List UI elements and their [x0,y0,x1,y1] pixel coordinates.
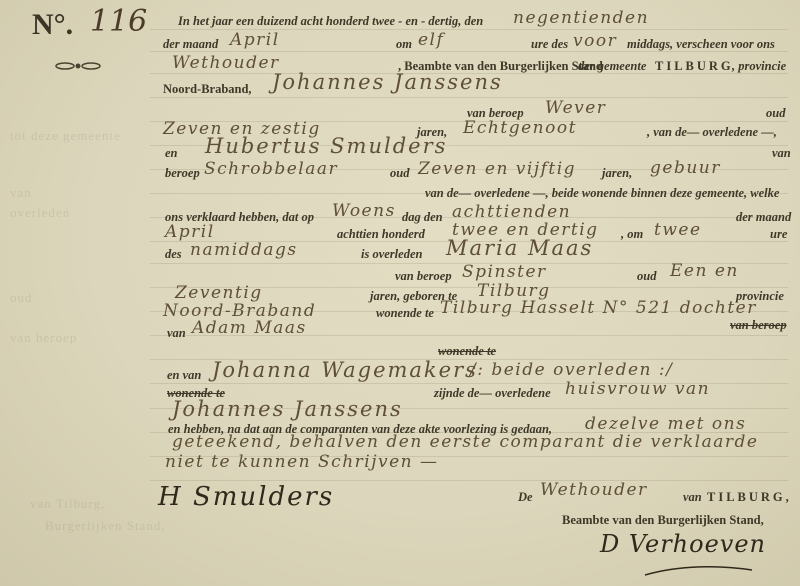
printed-text: der gemeente [578,59,646,74]
struck-printed-text: wonende te [438,344,496,359]
printed-text: oud [390,166,409,181]
hand-daypart: voor [573,31,617,51]
printed-office: Beambte van den Burgerlijken Stand, [562,513,764,528]
printed-text: is overleden [361,247,422,262]
hand-death-hour: twee [654,220,702,240]
bleed-through-text: van beroep [10,330,77,346]
printed-text: achttien honderd [337,227,425,242]
hand-deceased-name: Maria Maas [446,236,593,260]
hand-signing-clause: niet te kunnen Schrijven — [165,452,439,472]
printed-text: oud [637,269,656,284]
record-number: 116 [90,4,147,39]
hand-declarant2-name: Hubertus Smulders [205,134,447,158]
printed-text: De [518,490,533,505]
printed-text: der maand [163,37,218,52]
hand-deceased-age-cont: Zeventig [175,283,263,303]
hand-signing-clause: geteekend, behalven den eerste comparant… [172,432,758,452]
printed-text: beroep [165,166,200,181]
hand-signing-clause: dezelve met ons [585,414,746,434]
bleed-through-text: overleden [10,205,70,221]
printed-text: Noord-Braband, [163,82,252,97]
printed-text: ure [770,227,787,242]
printed-text: middags, verscheen voor ons [627,37,775,52]
hand-note-both-deceased: /: beide overleden :/ [470,360,673,380]
printed-text: dag den [402,210,443,225]
printed-text: van [683,490,702,505]
printed-text: en [165,146,178,161]
printed-text: wonende te [376,306,434,321]
printed-city: TILBURG [655,59,734,74]
printed-text: , provincie [732,59,786,74]
hand-declarant2-relation: gebuur [650,158,721,178]
printed-text: oud [766,106,785,121]
bleed-through-text: tot deze gemeente [10,128,121,144]
bleed-through-text: van [10,185,32,201]
witness-signature: H Smulders [158,482,334,512]
hand-relationship: huisvrouw van [565,379,710,399]
printed-text: van de— overledene —, beide wonende binn… [425,186,779,201]
printed-text: om [396,37,412,52]
printed-text: des [165,247,182,262]
hand-spouse-name: Johannes Janssens [172,397,403,421]
hand-deceased-occupation: Spinster [462,262,547,282]
hand-deceased-age: Een en [670,261,739,281]
printed-text: der maand [736,210,791,225]
hand-residence-address: Tilburg Hasselt N° 521 dochter [440,298,757,318]
printed-text: ure des [531,37,568,52]
hand-death-day: achttienden [452,202,571,222]
hand-hour: elf [418,30,444,50]
bleed-through-text: van Tilburg, [30,496,105,512]
document-page: tot deze gemeente van overleden oud van … [0,0,800,586]
printed-text: zijnde de— overledene [434,386,551,401]
ornament-icon [55,62,101,70]
printed-text: van beroep [395,269,452,284]
hand-father-name: Adam Maas [192,318,307,338]
record-number-label: N°. [32,8,73,42]
hand-official-title: Wethouder [172,53,280,73]
hand-mother-name: Johanna Wagemakers [212,358,478,382]
printed-text: van [167,326,186,341]
hand-day-of-registration: negentienden [513,8,649,28]
printed-text: , van de— overledene —, [647,125,777,140]
hand-official-title: Wethouder [540,480,648,500]
hand-declarant1-name: Johannes Janssens [272,70,503,94]
printed-city: TILBURG, [707,490,792,505]
hand-declarant1-occupation: Wever [545,98,606,118]
bleed-through-text: Burgerlijken Stand, [45,518,166,534]
hand-declarant2-occupation: Schrobbelaar [204,159,338,179]
printed-text: en van [167,368,201,383]
printed-text: , om [621,227,643,242]
hand-declarant2-age: Zeven en vijftig [418,159,576,179]
official-signature: D Verhoeven [600,530,766,558]
struck-printed-text: van beroep [730,318,787,333]
hand-weekday: Woens [332,201,396,221]
hand-month: April [230,30,280,50]
printed-text: van [772,146,791,161]
bleed-through-text: oud [10,290,33,306]
printed-text: In het jaar een duizend acht honderd twe… [178,14,483,29]
hand-death-month: April [165,222,215,242]
hand-declarant1-relation: Echtgenoot [463,118,577,138]
printed-text: jaren, [602,166,632,181]
hand-death-daypart: namiddags [190,240,298,260]
signature-flourish-icon [640,560,760,580]
